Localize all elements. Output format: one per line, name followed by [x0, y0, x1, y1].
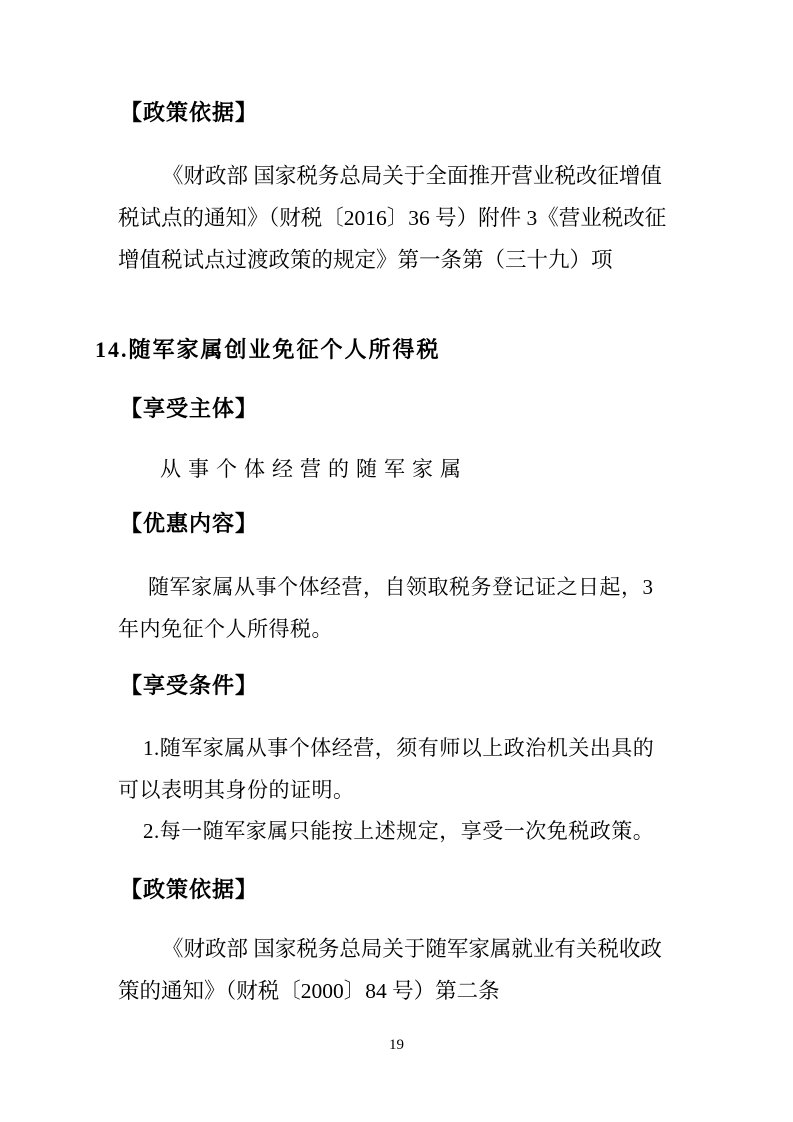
paragraph-condition-2: 2.每一随军家属只能按上述规定，享受一次免税政策。 — [118, 810, 674, 852]
text-line: 《财政部 国家税务总局关于随军家属就业有关税收政 — [118, 928, 674, 970]
text-line: 随军家属从事个体经营，自领取税务登记证之日起，3 — [118, 566, 674, 608]
text-line: 税试点的通知》（财税〔2016〕36 号）附件 3《营业税改征 — [118, 197, 674, 239]
text-line: 年内免征个人所得税。 — [118, 608, 674, 650]
paragraph-citation-military: 《财政部 国家税务总局关于随军家属就业有关税收政 策的通知》（财税〔2000〕8… — [118, 928, 674, 1012]
heading-beneficiary: 【享受主体】 — [120, 396, 258, 422]
text-line: 《财政部 国家税务总局关于全面推开营业税改征增值 — [118, 155, 674, 197]
document-page: 【政策依据】 《财政部 国家税务总局关于全面推开营业税改征增值 税试点的通知》（… — [0, 0, 793, 1122]
heading-item-14: 14.随军家属创业免征个人所得税 — [95, 337, 441, 363]
heading-benefit-content: 【优惠内容】 — [120, 511, 258, 537]
paragraph-benefit: 随军家属从事个体经营，自领取税务登记证之日起，3 年内免征个人所得税。 — [118, 566, 674, 650]
text-line: 从事个体经营的随军家属 — [118, 448, 674, 490]
paragraph-beneficiary: 从事个体经营的随军家属 — [118, 448, 674, 490]
paragraph-citation-vat: 《财政部 国家税务总局关于全面推开营业税改征增值 税试点的通知》（财税〔2016… — [118, 155, 674, 281]
text-line: 2.每一随军家属只能按上述规定，享受一次免税政策。 — [118, 810, 674, 852]
text-line: 1.随军家属从事个体经营，须有师以上政治机关出具的 — [118, 727, 674, 769]
page-number: 19 — [0, 1036, 793, 1054]
paragraph-condition-1: 1.随军家属从事个体经营，须有师以上政治机关出具的 可以表明其身份的证明。 — [118, 727, 674, 811]
text-line: 策的通知》（财税〔2000〕84 号）第二条 — [118, 970, 674, 1012]
text-line: 增值税试点过渡政策的规定》第一条第（三十九）项 — [118, 239, 674, 281]
heading-policy-basis-1: 【政策依据】 — [120, 100, 258, 126]
text-line: 可以表明其身份的证明。 — [118, 769, 674, 811]
heading-conditions: 【享受条件】 — [120, 673, 258, 699]
heading-policy-basis-2: 【政策依据】 — [120, 877, 258, 903]
